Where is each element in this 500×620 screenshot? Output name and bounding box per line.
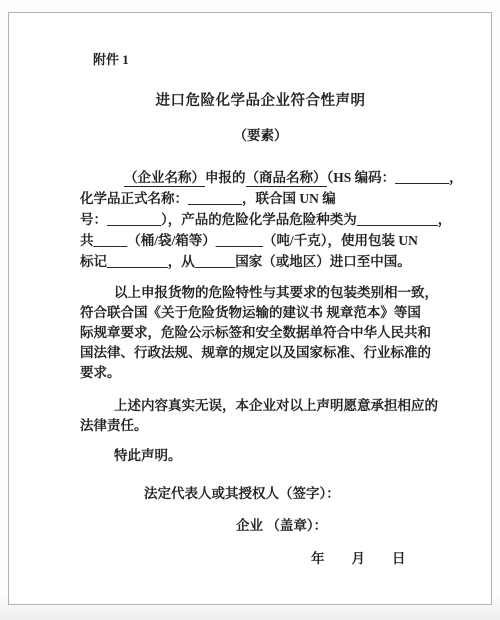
paragraph-liability: 上述内容真实无误，本企业对以上声明愿意承担相应的 法律责任。 bbox=[80, 396, 441, 436]
enterprise-name-blank: （企业名称） bbox=[124, 170, 205, 187]
body-line-10: 要求。 bbox=[80, 363, 441, 383]
date-line: 年 月 日 bbox=[311, 549, 441, 569]
paragraph-compliance: 以上申报货物的危险特性与其要求的包装类别相一致， 符合联合国《关于危险货物运输的… bbox=[80, 283, 441, 383]
hs-code-segment: （HS 编码：________， bbox=[327, 170, 463, 185]
body-line-12: 法律责任。 bbox=[80, 416, 441, 436]
body-line-4: 共_____（桶/袋/箱等）_______（吨/千克），使用包装 UN bbox=[80, 230, 441, 251]
body-line-6: 以上申报货物的危险特性与其要求的包装类别相一致， bbox=[80, 283, 441, 303]
body-line-11: 上述内容真实无误，本企业对以上声明愿意承担相应的 bbox=[80, 396, 441, 416]
commodity-name-blank: （商品名称） bbox=[246, 170, 327, 187]
page-subtitle: （要素） bbox=[80, 129, 441, 143]
document-canvas: 附件 1 进口危险化学品企业符合性声明 （要素） （企业名称）申报的（商品名称）… bbox=[0, 0, 500, 620]
attachment-label: 附件 1 bbox=[93, 53, 441, 67]
body-line-7: 符合联合国《关于危险货物运输的建议书 规章范本》等国 bbox=[80, 303, 441, 323]
company-seal-line: 企业 （盖章）： bbox=[236, 516, 441, 536]
body-line-9: 国法律、行政法规、规章的规定以及国家标准、行业标准的 bbox=[80, 343, 441, 363]
body-line-5: 标记_________，从______国家（或地区）进口至中国。 bbox=[80, 251, 441, 272]
text-segment: 申报的 bbox=[205, 170, 246, 185]
paragraph-declaration-details: （企业名称）申报的（商品名称）（HS 编码：________， 化学品正式名称：… bbox=[80, 167, 441, 272]
body-line-2: 化学品正式名称：________，联合国 UN 编 bbox=[80, 188, 441, 209]
declaration-page: 附件 1 进口危险化学品企业符合性声明 （要素） （企业名称）申报的（商品名称）… bbox=[8, 12, 492, 605]
legal-representative-signature-line: 法定代表人或其授权人（签字）： bbox=[144, 484, 441, 504]
closing-statement: 特此声明。 bbox=[80, 446, 441, 466]
page-title: 进口危险化学品企业符合性声明 bbox=[80, 93, 441, 110]
body-line-3: 号：________），产品的危险化学品危险种类为____________， bbox=[80, 209, 441, 230]
body-line-8: 际规章要求，危险公示标签和安全数据单符合中华人民共和 bbox=[80, 323, 441, 343]
body-line-1: （企业名称）申报的（商品名称）（HS 编码：________， bbox=[80, 167, 441, 188]
